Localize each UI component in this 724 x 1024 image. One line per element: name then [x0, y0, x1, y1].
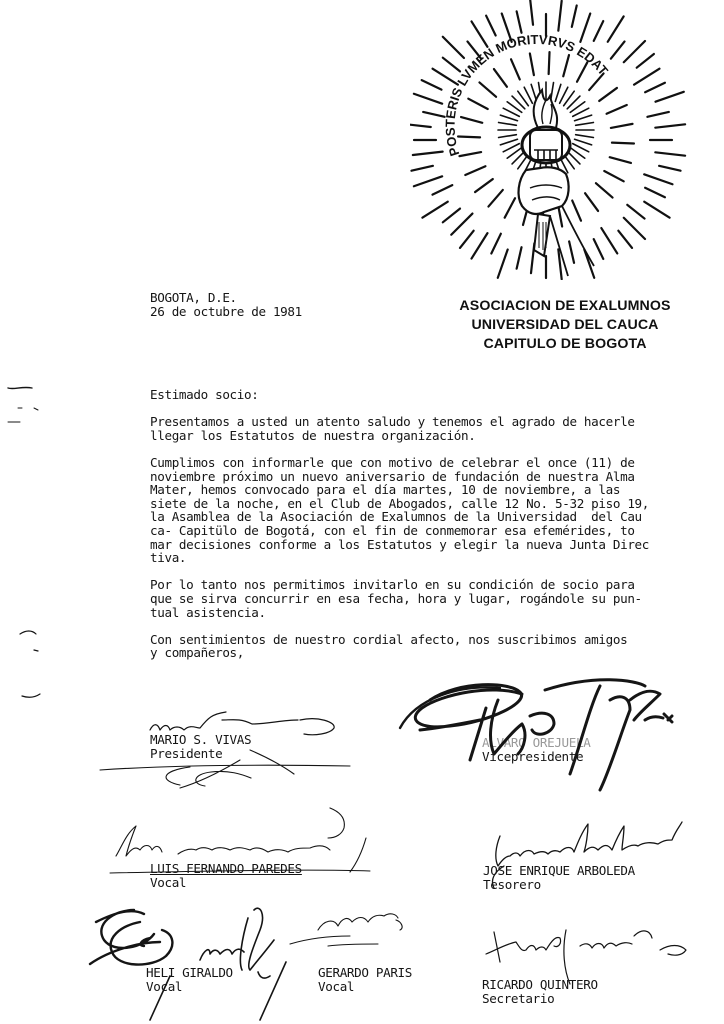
signatory-president: MARIO S. VIVAS Presidente: [150, 733, 251, 760]
paragraph-2: Cumplimos con informarle que con motivo …: [150, 456, 710, 565]
emblem: POSTERIS LVMEN MORITVRVS EDAT: [410, 0, 710, 280]
signature-secretary-icon: [486, 930, 686, 984]
signatory-vocal-3: GERARDO PARIS Vocal: [318, 966, 412, 993]
text-line: llegar los Estatutos de nuestra organiza…: [150, 429, 710, 443]
text-line: siete de la noche, en el Club de Abogado…: [150, 497, 710, 511]
place-date: BOGOTA, D.E. 26 de octubre de 1981: [150, 291, 302, 318]
text-line: ca- Capitülo de Bogotá, con el fin de co…: [150, 524, 710, 538]
text-line: que se sirva concurrir en esa fecha, hor…: [150, 592, 710, 606]
text-line: Por lo tanto nos permitimos invitarlo en…: [150, 578, 710, 592]
signatory-treasurer: JOSE ENRIQUE ARBOLEDA Tesorero: [483, 864, 635, 891]
signatory-name: RICARDO QUINTERO: [482, 978, 598, 992]
signatory-vocal-1: LUIS FERNANDO PAREDES Vocal: [150, 862, 302, 889]
place-line: BOGOTA, D.E.: [150, 291, 302, 305]
closing: Con sentimientos de nuestro cordial afec…: [150, 633, 710, 660]
text-line: noviembre próximo un nuevo aniversario d…: [150, 470, 710, 484]
signatory-role: Vicepresidente: [482, 750, 590, 764]
org-line-2: UNIVERSIDAD DEL CAUCA: [430, 316, 700, 335]
signatory-secretary: RICARDO QUINTERO Secretario: [482, 978, 598, 1005]
signatory-vocal-2: HELI GIRALDO Vocal: [146, 966, 233, 993]
text-line: la Asamblea de la Asociación de Exalumno…: [150, 510, 710, 524]
signatory-vicepresident: ALVARO OREJUELA Vicepresidente: [482, 736, 590, 763]
paragraph-3: Por lo tanto nos permitimos invitarlo en…: [150, 578, 710, 619]
paragraph-1: Presentamos a usted un atento saludo y t…: [150, 415, 710, 442]
org-line-1: ASOCIACION DE EXALUMNOS: [430, 297, 700, 316]
signatory-name: GERARDO PARIS: [318, 966, 412, 980]
letter-body: Estimado socio: Presentamos a usted un a…: [150, 388, 710, 660]
signatory-name: JOSE ENRIQUE ARBOLEDA: [483, 864, 635, 878]
text-line: tual asistencia.: [150, 606, 710, 620]
signature-vocal-3-icon: [290, 914, 402, 946]
torch-in-hand-icon: POSTERIS LVMEN MORITVRVS EDAT: [410, 0, 710, 280]
signatory-role: Vocal: [146, 980, 233, 994]
text-line: Presentamos a usted un atento saludo y t…: [150, 415, 710, 429]
organization-name: ASOCIACION DE EXALUMNOS UNIVERSIDAD DEL …: [430, 297, 700, 354]
signatory-role: Tesorero: [483, 878, 635, 892]
signatory-name: ALVARO OREJUELA: [482, 736, 590, 750]
org-line-3: CAPITULO DE BOGOTA: [430, 335, 700, 354]
signatory-role: Secretario: [482, 992, 598, 1006]
salutation: Estimado socio:: [150, 388, 710, 402]
date-line: 26 de octubre de 1981: [150, 305, 302, 319]
text-line: Cumplimos con informarle que con motivo …: [150, 456, 710, 470]
signatory-name: LUIS FERNANDO PAREDES: [150, 862, 302, 876]
signatory-role: Presidente: [150, 747, 251, 761]
signatory-role: Vocal: [150, 876, 302, 890]
text-line: Mater, hemos convocado para el día marte…: [150, 483, 710, 497]
signatory-name: HELI GIRALDO: [146, 966, 233, 980]
text-line: mar decisiones conforme a los Estatutos …: [150, 538, 710, 552]
text-line: Con sentimientos de nuestro cordial afec…: [150, 633, 710, 647]
signatory-role: Vocal: [318, 980, 412, 994]
signatory-name: MARIO S. VIVAS: [150, 733, 251, 747]
text-line: tiva.: [150, 551, 710, 565]
text-line: y compañeros,: [150, 646, 710, 660]
margin-marks: [8, 387, 40, 697]
